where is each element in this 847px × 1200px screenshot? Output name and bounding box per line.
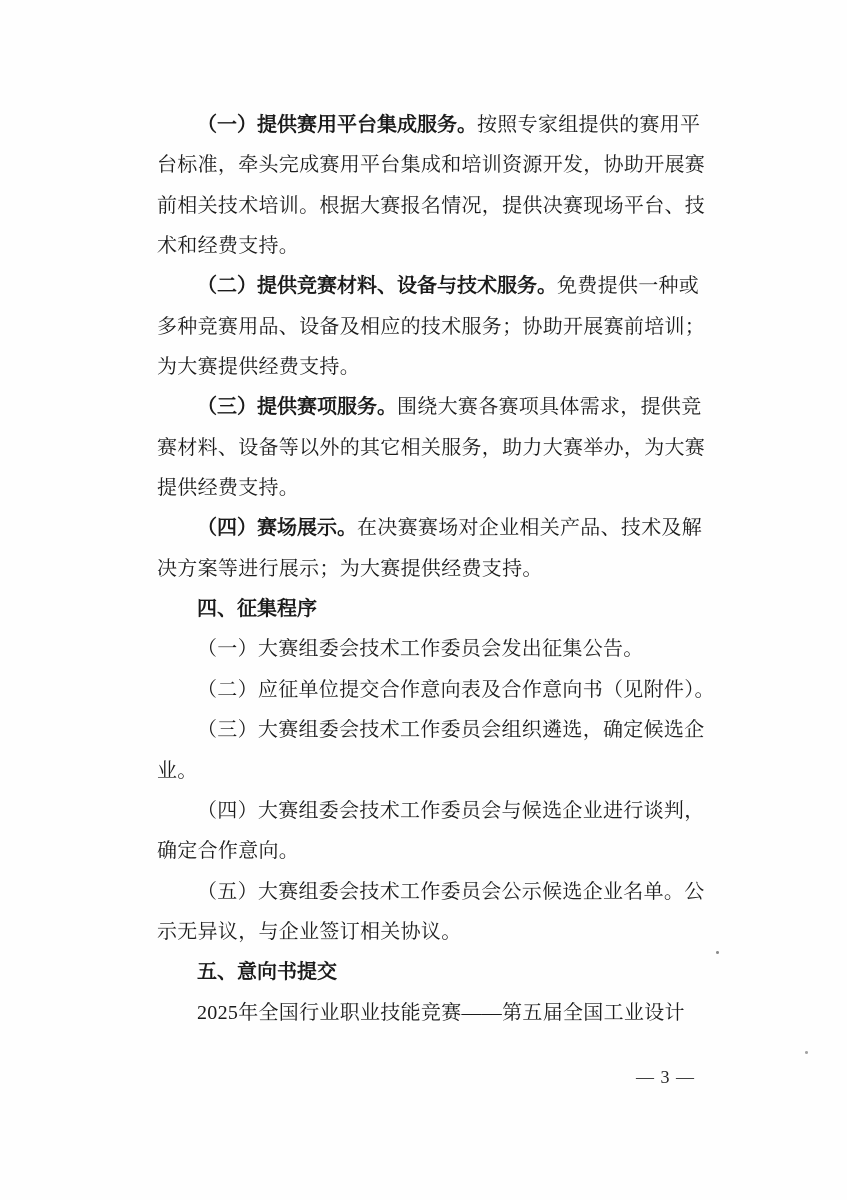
text-line: 赛材料、设备等以外的其它相关服务，助力大赛举办，为大赛: [157, 428, 717, 468]
text-line: 提供经费支持。: [157, 468, 717, 508]
page-number: — 3 —: [636, 1063, 695, 1091]
section-heading: 五、意向书提交: [157, 952, 717, 992]
paragraph-text: （三）大赛组委会技术工作委员会组织遴选，确定候选企: [197, 719, 705, 741]
text-line: 示无异议，与企业签订相关协议。: [157, 912, 717, 952]
text-line: 前相关技术培训。根据大赛报名情况，提供决赛现场平台、技: [157, 186, 717, 226]
paragraph-text: 台标准，牵头完成赛用平台集成和培训资源开发，协助开展赛: [157, 154, 705, 176]
text-line: 为大赛提供经费支持。: [157, 347, 717, 387]
paragraph-text: 示无异议，与企业签订相关协议。: [157, 921, 462, 943]
paragraph-text: 术和经费支持。: [157, 235, 299, 257]
text-line: （一）大赛组委会技术工作委员会发出征集公告。: [157, 629, 717, 669]
text-line: 2025年全国行业职业技能竞赛——第五届全国工业设计: [157, 993, 717, 1033]
paragraph-lead: （四）赛场展示。: [197, 517, 357, 539]
paragraph-text: 前相关技术培训。根据大赛报名情况，提供决赛现场平台、技: [157, 195, 705, 217]
paragraph-text: 围绕大赛各赛项具体需求，提供竞: [397, 396, 702, 418]
paragraph-text: 多种竞赛用品、设备及相应的技术服务；协助开展赛前培训；: [157, 316, 705, 338]
text-line: （四）大赛组委会技术工作委员会与候选企业进行谈判，: [157, 791, 717, 831]
text-line: 多种竞赛用品、设备及相应的技术服务；协助开展赛前培训；: [157, 307, 717, 347]
paragraph-text: 赛材料、设备等以外的其它相关服务，助力大赛举办，为大赛: [157, 437, 705, 459]
text-line: （二）应征单位提交合作意向表及合作意向书（见附件）。: [157, 670, 717, 710]
paragraph-text: 提供经费支持。: [157, 477, 299, 499]
text-line: 台标准，牵头完成赛用平台集成和培训资源开发，协助开展赛: [157, 145, 717, 185]
paragraph-text: （四）大赛组委会技术工作委员会与候选企业进行谈判，: [197, 800, 705, 822]
paragraph-text: 在决赛赛场对企业相关产品、技术及解: [357, 517, 702, 539]
paragraph-lead: （三）提供赛项服务。: [197, 396, 397, 418]
paragraph-text: 2025年全国行业职业技能竞赛——第五届全国工业设计: [197, 1002, 685, 1024]
text-line: （三）大赛组委会技术工作委员会组织遴选，确定候选企: [157, 710, 717, 750]
paragraph-text: （一）大赛组委会技术工作委员会发出征集公告。: [197, 638, 644, 660]
paragraph-text: （五）大赛组委会技术工作委员会公示候选企业名单。公: [197, 881, 705, 903]
paragraph-text: 确定合作意向。: [157, 840, 299, 862]
text-line: 术和经费支持。: [157, 226, 717, 266]
paragraph-text: 免费提供一种或: [557, 275, 699, 297]
paragraph-lead: （二）提供竞赛材料、设备与技术服务。: [197, 275, 557, 297]
paragraph-text: 按照专家组提供的赛用平: [477, 114, 700, 136]
scan-speck: [716, 951, 719, 954]
section-heading-text: 五、意向书提交: [197, 961, 337, 983]
paragraph-text: 业。: [157, 760, 198, 782]
paragraph-lead: （一）提供赛用平台集成服务。: [197, 114, 477, 136]
paragraph-text: 决方案等进行展示；为大赛提供经费支持。: [157, 558, 543, 580]
text-line: （四）赛场展示。在决赛赛场对企业相关产品、技术及解: [157, 508, 717, 548]
text-line: （三）提供赛项服务。围绕大赛各赛项具体需求，提供竞: [157, 387, 717, 427]
text-line: 决方案等进行展示；为大赛提供经费支持。: [157, 549, 717, 589]
text-line: （五）大赛组委会技术工作委员会公示候选企业名单。公: [157, 872, 717, 912]
document-body: （一）提供赛用平台集成服务。按照专家组提供的赛用平 台标准，牵头完成赛用平台集成…: [157, 105, 717, 1033]
scan-speck: [805, 1051, 808, 1054]
text-line: 业。: [157, 751, 717, 791]
section-heading: 四、征集程序: [157, 589, 717, 629]
paragraph-text: 为大赛提供经费支持。: [157, 356, 360, 378]
section-heading-text: 四、征集程序: [197, 598, 317, 620]
text-line: （二）提供竞赛材料、设备与技术服务。免费提供一种或: [157, 266, 717, 306]
document-page: （一）提供赛用平台集成服务。按照专家组提供的赛用平 台标准，牵头完成赛用平台集成…: [0, 0, 847, 1200]
text-line: 确定合作意向。: [157, 831, 717, 871]
text-line: （一）提供赛用平台集成服务。按照专家组提供的赛用平: [157, 105, 717, 145]
paragraph-text: （二）应征单位提交合作意向表及合作意向书（见附件）。: [197, 679, 715, 701]
